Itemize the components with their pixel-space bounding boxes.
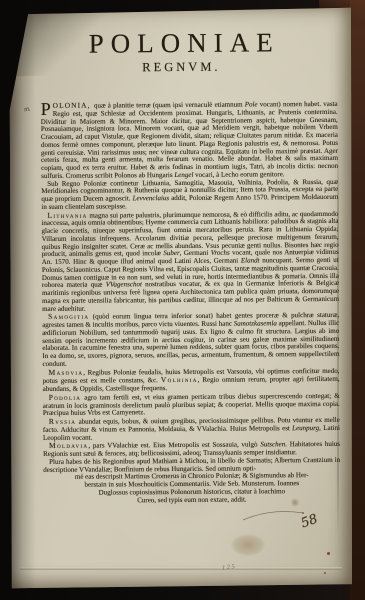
margin-annotation: m. xyxy=(23,104,30,113)
text-run: Masovia xyxy=(48,367,83,376)
pencil-inscription: 125 xyxy=(222,563,237,571)
paragraph: Sub Regno Poloniæ continetur Lithuania, … xyxy=(41,178,338,211)
colophon-line: Cureo, sed typis eum non extare, addit. xyxy=(43,495,340,505)
book-page: POLONIAE REGNVM. POLONIA, quæ à planitie… xyxy=(6,6,352,590)
drop-cap: P xyxy=(41,102,53,117)
text-run: Volhinia xyxy=(161,375,198,384)
text-run: Leunpurg xyxy=(292,424,319,432)
printed-content: POLONIAE REGNVM. POLONIA, quæ à planitie… xyxy=(4,5,354,591)
book-binding-edge xyxy=(350,0,365,600)
page-title: POLONIAE xyxy=(18,27,350,60)
text-run: Levvenclaius xyxy=(133,194,170,202)
page-subtitle: REGNVM. xyxy=(12,59,350,76)
paragraph: Rvssia abundat equis, bobus, & ouium gre… xyxy=(43,416,340,442)
paragraph: Podolia agro tam fertili est, vt eius gr… xyxy=(43,392,340,418)
paragraph: Samogitia (quòd eorum lingua terra infer… xyxy=(42,311,339,368)
body-text: POLONIA, quæ à planitie terræ (quam ipsi… xyxy=(41,100,341,505)
text-run: agro tam fertili est, vt eius gramen per… xyxy=(43,392,340,418)
body-paragraphs: POLONIA, quæ à planitie terræ (quam ipsi… xyxy=(41,100,341,474)
colophon: mè eas descripsit Martinus Cromerus in C… xyxy=(43,472,340,505)
paragraph: Masovia, Regibus Poloniæ feudalis, huius… xyxy=(42,366,339,393)
text-run: vocant) nomen habet. vasta Regio est, qu… xyxy=(41,100,338,180)
paragraph: Lithvania magna sui parte palustris, plu… xyxy=(41,209,339,313)
paragraph: POLONIA, quæ à planitie terræ (quam ipsi… xyxy=(41,100,339,181)
photo-background: POLONIAE REGNVM. POLONIA, quæ à planitie… xyxy=(0,0,365,600)
